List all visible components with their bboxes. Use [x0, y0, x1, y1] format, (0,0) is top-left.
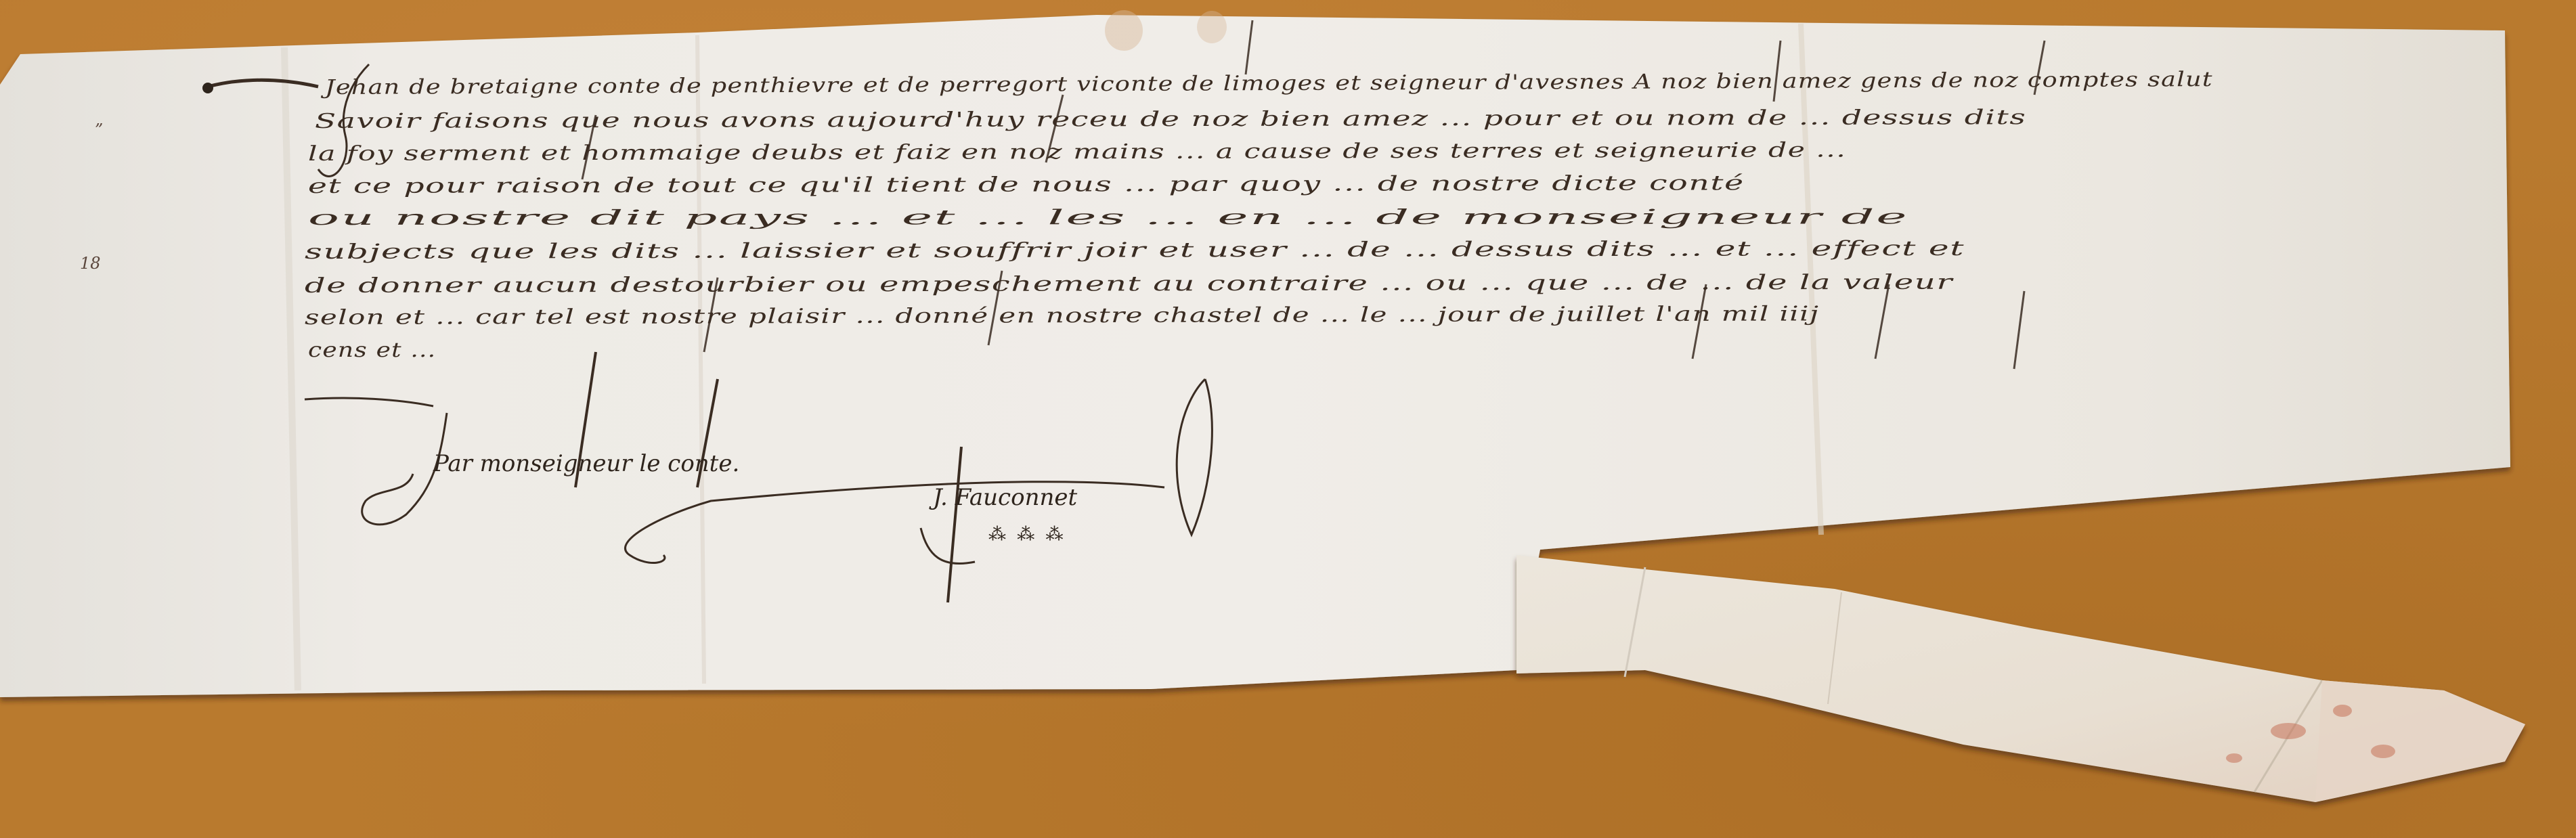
margin-mark: 18 — [80, 254, 101, 273]
body-line-5: ou nostre dit pays ... et ... les ... en… — [308, 205, 1908, 230]
signature-sub-line: ⁂ ⁂ ⁂ — [988, 525, 1066, 545]
body-line-9: cens et ... — [308, 338, 436, 362]
subscription-par-monseigneur: Par monseigneur le conte. — [433, 450, 739, 477]
body-line-2: Savoir faisons que nous avons aujourd'hu… — [315, 106, 2026, 133]
body-line-6: subjects que les dits ... laissier et so… — [305, 237, 1965, 264]
body-line-3: la foy serment et hommaige deubs et faiz… — [308, 138, 1846, 166]
signature-secretary: J. Fauconnet — [933, 484, 1077, 511]
margin-mark: ” — [95, 120, 103, 139]
body-line-4: et ce pour raison de tout ce qu'il tient… — [308, 171, 1745, 198]
body-line-8: selon et ... car tel est nostre plaisir … — [305, 302, 1820, 330]
charter-text: ” 18 Jehan de bretaigne conte de penthie… — [0, 0, 2576, 838]
body-line-7: de donner aucun destourbier ou empeschem… — [305, 271, 1953, 298]
body-line-1: Jehan de bretaigne conte de penthievre e… — [325, 68, 2213, 100]
